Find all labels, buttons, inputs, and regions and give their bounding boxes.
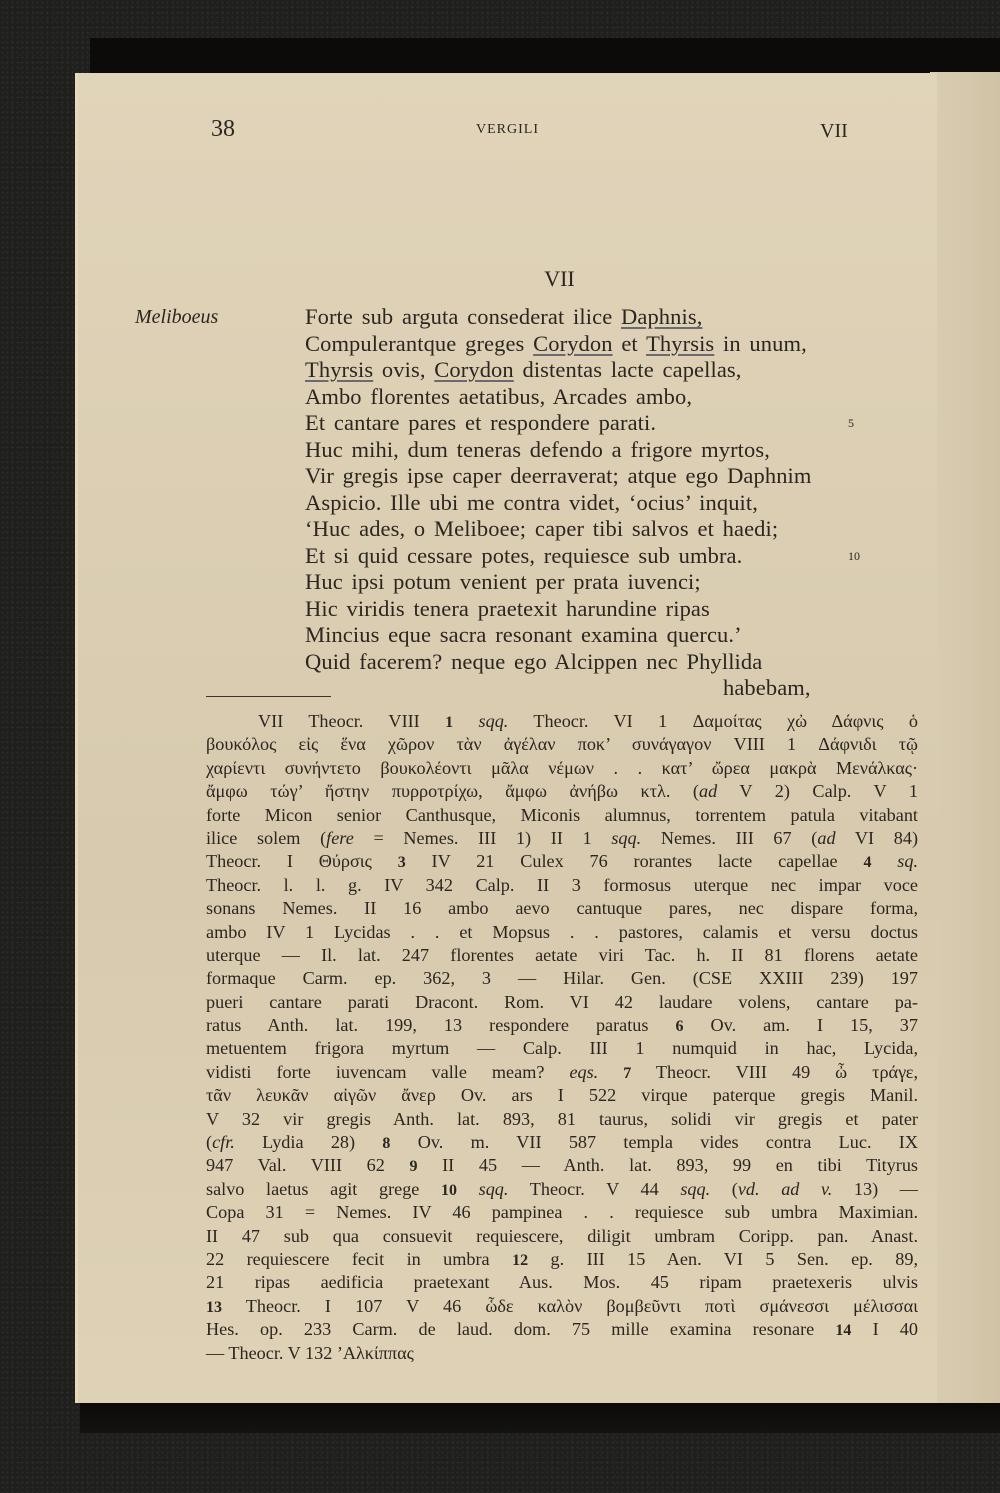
apparatus-text: V 2) Calp. V 1 bbox=[717, 781, 918, 801]
apparatus-text bbox=[457, 1179, 479, 1199]
apparatus-text: ἄμφω τώγ’ ἤστην πυρροτρίχω, ἄμφω ἀνήβω κ… bbox=[206, 781, 699, 801]
footnote-rule bbox=[206, 696, 331, 697]
verse-line: habebam, bbox=[723, 674, 811, 702]
apparatus-text: metuentem frigora myrtum — Calp. III 1 n… bbox=[206, 1038, 918, 1058]
verse-text: Et cantare pares et respondere parati. bbox=[305, 410, 656, 435]
apparatus-text: βουκόλος εἰς ἕνα χῶρον τὰν ἀγέλαν ποκ’ σ… bbox=[206, 734, 918, 754]
apparatus-text: 13) — bbox=[832, 1179, 918, 1199]
verse-ref-number: 3 bbox=[398, 854, 406, 871]
verse-line: Thyrsis ovis, Corydon distentas lacte ca… bbox=[305, 356, 742, 384]
apparatus-text: τᾶν λευκᾶν αἰγῶν ἄνερ Ov. ars I 522 virq… bbox=[206, 1085, 918, 1105]
apparatus-text: forte Micon senior Canthusque, Miconis a… bbox=[206, 805, 918, 825]
verse-ref-number: 13 bbox=[206, 1299, 222, 1316]
apparatus-text: cfr. bbox=[212, 1132, 235, 1152]
verse-ref-number: 6 bbox=[676, 1018, 684, 1035]
book-page: 38 VERGILI VII VII Meliboeus Forte sub a… bbox=[75, 73, 937, 1403]
apparatus-text: g. III 15 Aen. VI 5 Sen. ep. 89, bbox=[528, 1249, 918, 1269]
verse-ref-number: 10 bbox=[441, 1182, 457, 1199]
apparatus-text: sqq. bbox=[680, 1179, 710, 1199]
apparatus-line: Copa 31 = Nemes. IV 46 pampinea . . requ… bbox=[206, 1201, 918, 1224]
apparatus-line: salvo laetus agit grege 10 sqq. Theocr. … bbox=[206, 1178, 918, 1201]
verse-text: distentas lacte capellas, bbox=[514, 357, 742, 382]
apparatus-text: Copa 31 = Nemes. IV 46 pampinea . . requ… bbox=[206, 1202, 918, 1222]
verse-line: ‘Huc ades, o Meliboee; caper tibi salvos… bbox=[305, 515, 778, 543]
apparatus-line: metuentem frigora myrtum — Calp. III 1 n… bbox=[206, 1037, 918, 1060]
apparatus-line: τᾶν λευκᾶν αἰγῶν ἄνερ Ov. ars I 522 virq… bbox=[206, 1084, 918, 1107]
verse-text: Hic viridis tenera praetexit harundine r… bbox=[305, 596, 710, 621]
apparatus-text: = Nemes. III 1) II 1 bbox=[354, 828, 612, 848]
apparatus-text: Ov. am. I 15, 37 bbox=[684, 1015, 918, 1035]
verse-text: et bbox=[613, 331, 646, 356]
apparatus-text: ratus Anth. lat. 199, 13 respondere para… bbox=[206, 1015, 676, 1035]
apparatus-text: Theocr. l. l. g. IV 342 Calp. II 3 formo… bbox=[206, 875, 918, 895]
verse-text: ovis, bbox=[373, 357, 434, 382]
apparatus-line: 13 Theocr. I 107 V 46 ὧδε καλὸν βομβεῦντ… bbox=[206, 1295, 918, 1318]
apparatus-line: ilice solem (fere = Nemes. III 1) II 1 s… bbox=[206, 827, 918, 850]
verse-line: Quid facerem? neque ego Alcippen nec Phy… bbox=[305, 648, 762, 676]
underlined-name: Corydon bbox=[434, 357, 513, 382]
verse-text: ‘Huc ades, o Meliboee; caper tibi salvos… bbox=[305, 516, 778, 541]
apparatus-text: sqq. bbox=[479, 711, 509, 731]
underlined-name: Thyrsis bbox=[646, 331, 714, 356]
running-title: VERGILI bbox=[78, 122, 937, 138]
apparatus-text: sonans Nemes. II 16 ambo aevo cantuque p… bbox=[206, 898, 918, 918]
apparatus-line: Theocr. l. l. g. IV 342 Calp. II 3 formo… bbox=[206, 874, 918, 897]
underlined-name: Corydon bbox=[533, 331, 612, 356]
verse-line: Ambo florentes aetatibus, Arcades ambo, bbox=[305, 383, 692, 411]
verse-text: in unum, bbox=[714, 331, 807, 356]
apparatus-text bbox=[453, 711, 478, 731]
verse-text: Et si quid cessare potes, requiesce sub … bbox=[305, 543, 742, 568]
apparatus-line: — Theocr. V 132 ’Αλκίππας bbox=[206, 1342, 918, 1365]
apparatus-text: 22 requiescere fecit in umbra bbox=[206, 1249, 512, 1269]
apparatus-text: I 40 bbox=[851, 1319, 918, 1339]
running-head: 38 VERGILI VII bbox=[78, 112, 937, 142]
poem-title: VII bbox=[130, 266, 989, 292]
apparatus-line: βουκόλος εἰς ἕνα χῶρον τὰν ἀγέλαν ποκ’ σ… bbox=[206, 733, 918, 756]
apparatus-line: 947 Val. VIII 62 9 II 45 — Anth. lat. 89… bbox=[206, 1154, 918, 1177]
line-number: 10 bbox=[848, 542, 860, 570]
apparatus-text: V 32 vir gregis Anth. lat. 893, 81 tauru… bbox=[206, 1109, 918, 1129]
apparatus-text: formaque Carm. ep. 362, 3 — Hilar. Gen. … bbox=[206, 968, 918, 988]
apparatus-text: χαρίεντι συνήντετο βουκολέοντι μᾶλα νέμω… bbox=[206, 758, 918, 778]
apparatus-text: fere bbox=[326, 828, 354, 848]
verse-text: Huc mihi, dum teneras defendo a frigore … bbox=[305, 437, 770, 462]
apparatus-text: vd. ad v. bbox=[738, 1179, 832, 1199]
apparatus-text: II 45 — Anth. lat. 893, 99 en tibi Tityr… bbox=[417, 1155, 918, 1175]
apparatus-line: pueri cantare parati Dracont. Rom. VI 42… bbox=[206, 991, 918, 1014]
verse-line: Aspicio. Ille ubi me contra videt, ‘ociu… bbox=[305, 489, 758, 517]
apparatus-text: Lydia 28) bbox=[235, 1132, 383, 1152]
verse-text: Huc ipsi potum venient per prata iuvenci… bbox=[305, 569, 701, 594]
verse-line: Huc ipsi potum venient per prata iuvenci… bbox=[305, 568, 701, 596]
verse-line: Forte sub arguta consederat ilice Daphni… bbox=[305, 303, 702, 331]
apparatus-line: formaque Carm. ep. 362, 3 — Hilar. Gen. … bbox=[206, 967, 918, 990]
apparatus-text: — Theocr. V 132 ’Αλκίππας bbox=[206, 1343, 414, 1363]
apparatus-text: VII Theocr. VIII bbox=[258, 711, 445, 731]
apparatus-text: salvo laetus agit grege bbox=[206, 1179, 441, 1199]
verse-text: Ambo florentes aetatibus, Arcades ambo, bbox=[305, 384, 692, 409]
verse-text: Aspicio. Ille ubi me contra videt, ‘ociu… bbox=[305, 490, 758, 515]
apparatus-line: uterque — Il. lat. 247 florentes aetate … bbox=[206, 944, 918, 967]
apparatus-line: Theocr. I Θύρσις 3 IV 21 Culex 76 rorant… bbox=[206, 850, 918, 873]
verse-line: Compulerantque greges Corydon et Thyrsis… bbox=[305, 330, 807, 358]
apparatus-line: sonans Nemes. II 16 ambo aevo cantuque p… bbox=[206, 897, 918, 920]
verse-ref-number: 14 bbox=[835, 1322, 851, 1339]
verse-text: Mincius eque sacra resonant examina quer… bbox=[305, 622, 742, 647]
apparatus-line: V 32 vir gregis Anth. lat. 893, 81 tauru… bbox=[206, 1108, 918, 1131]
verse-ref-number: 12 bbox=[512, 1252, 528, 1269]
verse-text: Vir gregis ipse caper deerraverat; atque… bbox=[305, 463, 812, 488]
apparatus-text: pueri cantare parati Dracont. Rom. VI 42… bbox=[206, 992, 918, 1012]
apparatus-text: sqq. bbox=[479, 1179, 509, 1199]
apparatus-text bbox=[598, 1062, 623, 1082]
chapter-marker: VII bbox=[820, 120, 848, 143]
apparatus-line: forte Micon senior Canthusque, Miconis a… bbox=[206, 804, 918, 827]
speaker-label: Meliboeus bbox=[135, 303, 218, 331]
verse-text: Compulerantque greges bbox=[305, 331, 533, 356]
apparatus-text: Theocr. VIII 49 ὦ τράγε, bbox=[631, 1062, 918, 1082]
apparatus-line: VII Theocr. VIII 1 sqq. Theocr. VI 1 Δαμ… bbox=[206, 710, 918, 733]
apparatus-line: ambo IV 1 Lycidas . . et Mopsus . . past… bbox=[206, 921, 918, 944]
underlined-name: Daphnis, bbox=[621, 304, 702, 329]
apparatus-line: Hes. op. 233 Carm. de laud. dom. 75 mill… bbox=[206, 1318, 918, 1341]
page-top-shadow bbox=[90, 38, 1000, 74]
apparatus-line: 21 ripas aedificia praetexant Aus. Mos. … bbox=[206, 1271, 918, 1294]
apparatus-text: sq. bbox=[897, 851, 918, 871]
verse-ref-number: 1 bbox=[445, 714, 453, 731]
apparatus-text: ambo IV 1 Lycidas . . et Mopsus . . past… bbox=[206, 922, 918, 942]
apparatus-text: 21 ripas aedificia praetexant Aus. Mos. … bbox=[206, 1272, 918, 1292]
apparatus-line: vidisti forte iuvencam valle meam? eqs. … bbox=[206, 1061, 918, 1084]
apparatus-line: χαρίεντι συνήντετο βουκολέοντι μᾶλα νέμω… bbox=[206, 757, 918, 780]
apparatus-text bbox=[871, 851, 897, 871]
apparatus-text: 947 Val. VIII 62 bbox=[206, 1155, 409, 1175]
apparatus-text: ( bbox=[710, 1179, 738, 1199]
apparatus-text: IV 21 Culex 76 rorantes lacte capellae bbox=[406, 851, 864, 871]
apparatus-text: Nemes. III 67 ( bbox=[641, 828, 817, 848]
apparatus-text: VI 84) bbox=[836, 828, 918, 848]
apparatus-text: Theocr. V 44 bbox=[508, 1179, 680, 1199]
apparatus-text: eqs. bbox=[569, 1062, 598, 1082]
apparatus-text: vidisti forte iuvencam valle meam? bbox=[206, 1062, 569, 1082]
verse-text: habebam, bbox=[723, 675, 811, 700]
critical-apparatus: VII Theocr. VIII 1 sqq. Theocr. VI 1 Δαμ… bbox=[206, 710, 918, 1365]
apparatus-line: ἄμφω τώγ’ ἤστην πυρροτρίχω, ἄμφω ἀνήβω κ… bbox=[206, 780, 918, 803]
verse-line: Mincius eque sacra resonant examina quer… bbox=[305, 621, 742, 649]
apparatus-text: ad bbox=[817, 828, 835, 848]
apparatus-text: Ov. m. VII 587 templa vides contra Luc. … bbox=[390, 1132, 918, 1152]
apparatus-text: ilice solem ( bbox=[206, 828, 326, 848]
apparatus-text: Theocr. VI 1 Δαμοίτας χὠ Δάφνις ὁ bbox=[508, 711, 918, 731]
apparatus-text: II 47 sub qua consuevit requiescere, dil… bbox=[206, 1226, 918, 1246]
apparatus-line: ratus Anth. lat. 199, 13 respondere para… bbox=[206, 1014, 918, 1037]
verse-text: Forte sub arguta consederat ilice bbox=[305, 304, 621, 329]
underlined-name: Thyrsis bbox=[305, 357, 373, 382]
page-bottom-shadow bbox=[80, 1403, 1000, 1433]
apparatus-text: uterque — Il. lat. 247 florentes aetate … bbox=[206, 945, 918, 965]
verse-line: Hic viridis tenera praetexit harundine r… bbox=[305, 595, 710, 623]
line-number: 5 bbox=[848, 409, 854, 437]
apparatus-line: (cfr. Lydia 28) 8 Ov. m. VII 587 templa … bbox=[206, 1131, 918, 1154]
verse-line: Huc mihi, dum teneras defendo a frigore … bbox=[305, 436, 770, 464]
apparatus-line: 22 requiescere fecit in umbra 12 g. III … bbox=[206, 1248, 918, 1271]
apparatus-text: sqq. bbox=[611, 828, 641, 848]
apparatus-text: Theocr. I 107 V 46 ὧδε καλὸν βομβεῦντι π… bbox=[222, 1296, 918, 1316]
verse-line: Et si quid cessare potes, requiesce sub … bbox=[305, 542, 742, 570]
apparatus-text: Theocr. I Θύρσις bbox=[206, 851, 398, 871]
verse-line: Vir gregis ipse caper deerraverat; atque… bbox=[305, 462, 812, 490]
verse-text: Quid facerem? neque ego Alcippen nec Phy… bbox=[305, 649, 762, 674]
apparatus-text: Hes. op. 233 Carm. de laud. dom. 75 mill… bbox=[206, 1319, 835, 1339]
apparatus-text: ad bbox=[699, 781, 717, 801]
apparatus-line: II 47 sub qua consuevit requiescere, dil… bbox=[206, 1225, 918, 1248]
verse-line: Et cantare pares et respondere parati. bbox=[305, 409, 656, 437]
